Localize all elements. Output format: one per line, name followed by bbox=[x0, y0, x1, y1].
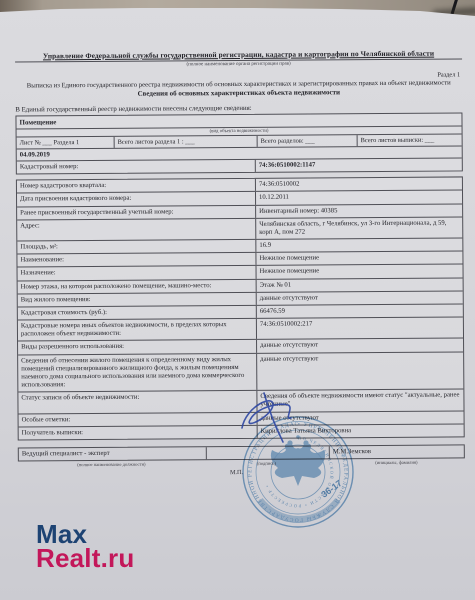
row-label: Виды разрешенного использования: bbox=[18, 340, 256, 354]
row-value: 66476.59 bbox=[256, 304, 463, 318]
row-value: 10.12.2011 bbox=[255, 191, 462, 205]
row-label: Наименование: bbox=[17, 253, 255, 267]
row-value: 74:36:0510002 bbox=[255, 178, 462, 192]
position-note: (полное наименование должности) bbox=[18, 461, 205, 468]
cadastral-number: 74:36:0510002:1147 bbox=[255, 158, 462, 172]
sheet-number: Лист № ___ Раздела 1 bbox=[17, 137, 114, 149]
row-label: Назначение: bbox=[18, 266, 256, 280]
row-value: Этаж № 01 bbox=[256, 278, 463, 292]
row-label: Номер этажа, на котором расположено поме… bbox=[18, 279, 256, 293]
row-label: Адрес: bbox=[17, 219, 255, 241]
row-label: Кадастровые номера иных объектов недвижи… bbox=[18, 319, 256, 341]
row-label: Номер кадастрового квартала: bbox=[17, 179, 255, 193]
row-value: Инвентарный номер: 40385 bbox=[255, 204, 462, 218]
object-header-table: Помещение (вид объекта недвижимости) Лис… bbox=[15, 112, 462, 174]
sections-total: Всего разделов: ___ bbox=[257, 135, 357, 147]
maxrealt-watermark: Max Realt.ru bbox=[36, 523, 134, 571]
row-label: Вид жилого помещения: bbox=[18, 293, 256, 307]
row-label: Кадастровая стоимость (руб.): bbox=[18, 306, 256, 320]
table-row: Сведения об отнесении жилого помещения к… bbox=[18, 351, 463, 392]
row-label: Получатель выписки: bbox=[19, 426, 257, 440]
table-row: Кадастровые номера иных объектов недвижи… bbox=[18, 317, 463, 341]
row-value: Челябинская область, г Челябинск, ул 3-г… bbox=[255, 217, 462, 239]
handwritten-signature bbox=[228, 390, 328, 444]
sheets-total: Всего листов раздела 1 : ___ bbox=[114, 136, 257, 148]
row-value: Нежилое помещение bbox=[255, 252, 462, 266]
row-value: Нежилое помещение bbox=[256, 265, 463, 279]
cadastral-number-row: Кадастровый номер: 74:36:0510002:1147 bbox=[17, 157, 462, 173]
extract-sheets-total: Всего листов выписки: ___ bbox=[357, 134, 462, 146]
watermark-line2: Realt.ru bbox=[36, 547, 134, 571]
photographed-document: Управление Федеральной службы государств… bbox=[0, 0, 475, 600]
row-label: Дата присвоения кадастрового номера: bbox=[17, 192, 255, 206]
row-label: Кадастровый номер: bbox=[17, 160, 255, 174]
row-value: данные отсутствуют bbox=[256, 339, 463, 353]
row-label: Площадь, м²: bbox=[17, 240, 255, 254]
row-value: 74:36:0510002:217 bbox=[256, 318, 463, 340]
row-value: данные отсутствуют bbox=[256, 352, 463, 390]
row-value: 16.9 bbox=[255, 238, 462, 252]
authority-name: Управление Федеральной службы государств… bbox=[15, 48, 462, 60]
row-value: данные отсутствуют bbox=[256, 291, 463, 305]
signatory-position: Ведущий специалист - эксперт bbox=[19, 447, 206, 461]
row-label: Сведения об отнесении жилого помещения к… bbox=[18, 353, 256, 391]
row-label: Статус записи об объекте недвижимости: bbox=[18, 391, 256, 413]
table-row: Адрес:Челябинская область, г Челябинск, … bbox=[17, 216, 462, 240]
row-label: Ранее присвоенный государственный учетны… bbox=[17, 205, 255, 219]
document-subtitle: Сведения об основных характеристиках объ… bbox=[15, 87, 462, 98]
row-label: Особые отметки: bbox=[19, 412, 257, 426]
